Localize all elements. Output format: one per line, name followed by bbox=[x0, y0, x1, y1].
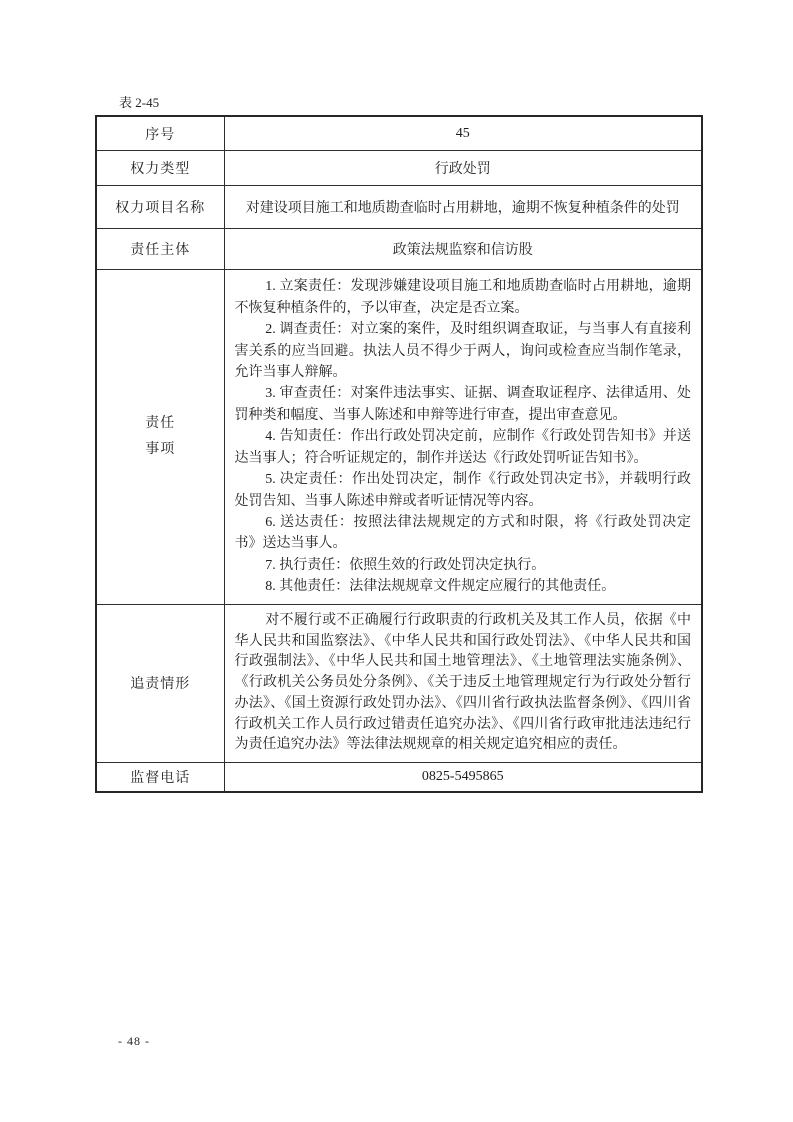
project-name-label: 权力项目名称 bbox=[96, 186, 224, 229]
duty-paragraph: 5. 决定责任：作出处罚决定，制作《行政处罚决定书》，并载明行政处罚告知、当事人… bbox=[235, 469, 692, 512]
table-row-responsible-body: 责任主体 政策法规监察和信访股 bbox=[96, 229, 702, 270]
table-row-serial: 序号 45 bbox=[96, 116, 702, 151]
responsible-body-label: 责任主体 bbox=[96, 229, 224, 270]
supervision-phone-value: 0825-5495865 bbox=[224, 762, 702, 792]
table-row-power-type: 权力类型 行政处罚 bbox=[96, 151, 702, 186]
duty-paragraph: 7. 执行责任：依照生效的行政处罚决定执行。 bbox=[235, 555, 692, 576]
table-caption: 表 2-45 bbox=[119, 95, 701, 110]
serial-label: 序号 bbox=[96, 116, 224, 151]
power-duty-table: 序号 45 权力类型 行政处罚 权力项目名称 对建设项目施工和地质勘查临时占用耕… bbox=[95, 115, 703, 793]
duty-paragraph: 1. 立案责任：发现涉嫌建设项目施工和地质勘查临时占用耕地，逾期不恢复种植条件的… bbox=[235, 276, 692, 319]
table-row-project-name: 权力项目名称 对建设项目施工和地质勘查临时占用耕地，逾期不恢复种植条件的处罚 bbox=[96, 186, 702, 229]
duty-paragraph: 6. 送达责任：按照法律法规规定的方式和时限，将《行政处罚决定书》送达当事人。 bbox=[235, 512, 692, 555]
page-number: - 48 - bbox=[118, 1034, 150, 1049]
duty-paragraph: 3. 审查责任：对案件违法事实、证据、调查取证程序、法律适用、处罚种类和幅度、当… bbox=[235, 383, 692, 426]
responsible-body-value: 政策法规监察和信访股 bbox=[224, 229, 702, 270]
accountability-paragraph: 对不履行或不正确履行行政职责的行政机关及其工作人员，依据《中华人民共和国监察法》… bbox=[235, 611, 692, 756]
supervision-phone-label: 监督电话 bbox=[96, 762, 224, 792]
serial-value: 45 bbox=[224, 116, 702, 151]
duty-items-label: 责任 事项 bbox=[96, 270, 224, 605]
duty-items-content: 1. 立案责任：发现涉嫌建设项目施工和地质勘查临时占用耕地，逾期不恢复种植条件的… bbox=[224, 270, 702, 605]
accountability-label: 追责情形 bbox=[96, 605, 224, 763]
duty-paragraph: 8. 其他责任：法律法规规章文件规定应履行的其他责任。 bbox=[235, 576, 692, 597]
duty-paragraph: 2. 调查责任：对立案的案件，及时组织调查取证，与当事人有直接利害关系的应当回避… bbox=[235, 319, 692, 383]
accountability-content: 对不履行或不正确履行行政职责的行政机关及其工作人员，依据《中华人民共和国监察法》… bbox=[224, 605, 702, 763]
project-name-value: 对建设项目施工和地质勘查临时占用耕地，逾期不恢复种植条件的处罚 bbox=[224, 186, 702, 229]
duty-paragraph: 4. 告知责任：作出行政处罚决定前，应制作《行政处罚告知书》并送达当事人；符合听… bbox=[235, 426, 692, 469]
power-type-value: 行政处罚 bbox=[224, 151, 702, 186]
duty-label-line1: 责任 bbox=[99, 411, 222, 437]
table-row-accountability: 追责情形 对不履行或不正确履行行政职责的行政机关及其工作人员，依据《中华人民共和… bbox=[96, 605, 702, 763]
table-row-duty-items: 责任 事项 1. 立案责任：发现涉嫌建设项目施工和地质勘查临时占用耕地，逾期不恢… bbox=[96, 270, 702, 605]
duty-label-line2: 事项 bbox=[99, 437, 222, 463]
power-type-label: 权力类型 bbox=[96, 151, 224, 186]
table-row-supervision-phone: 监督电话 0825-5495865 bbox=[96, 762, 702, 792]
document-page: 表 2-45 序号 45 权力类型 行政处罚 权力项目名称 对建设项目施工和地质… bbox=[95, 95, 701, 793]
